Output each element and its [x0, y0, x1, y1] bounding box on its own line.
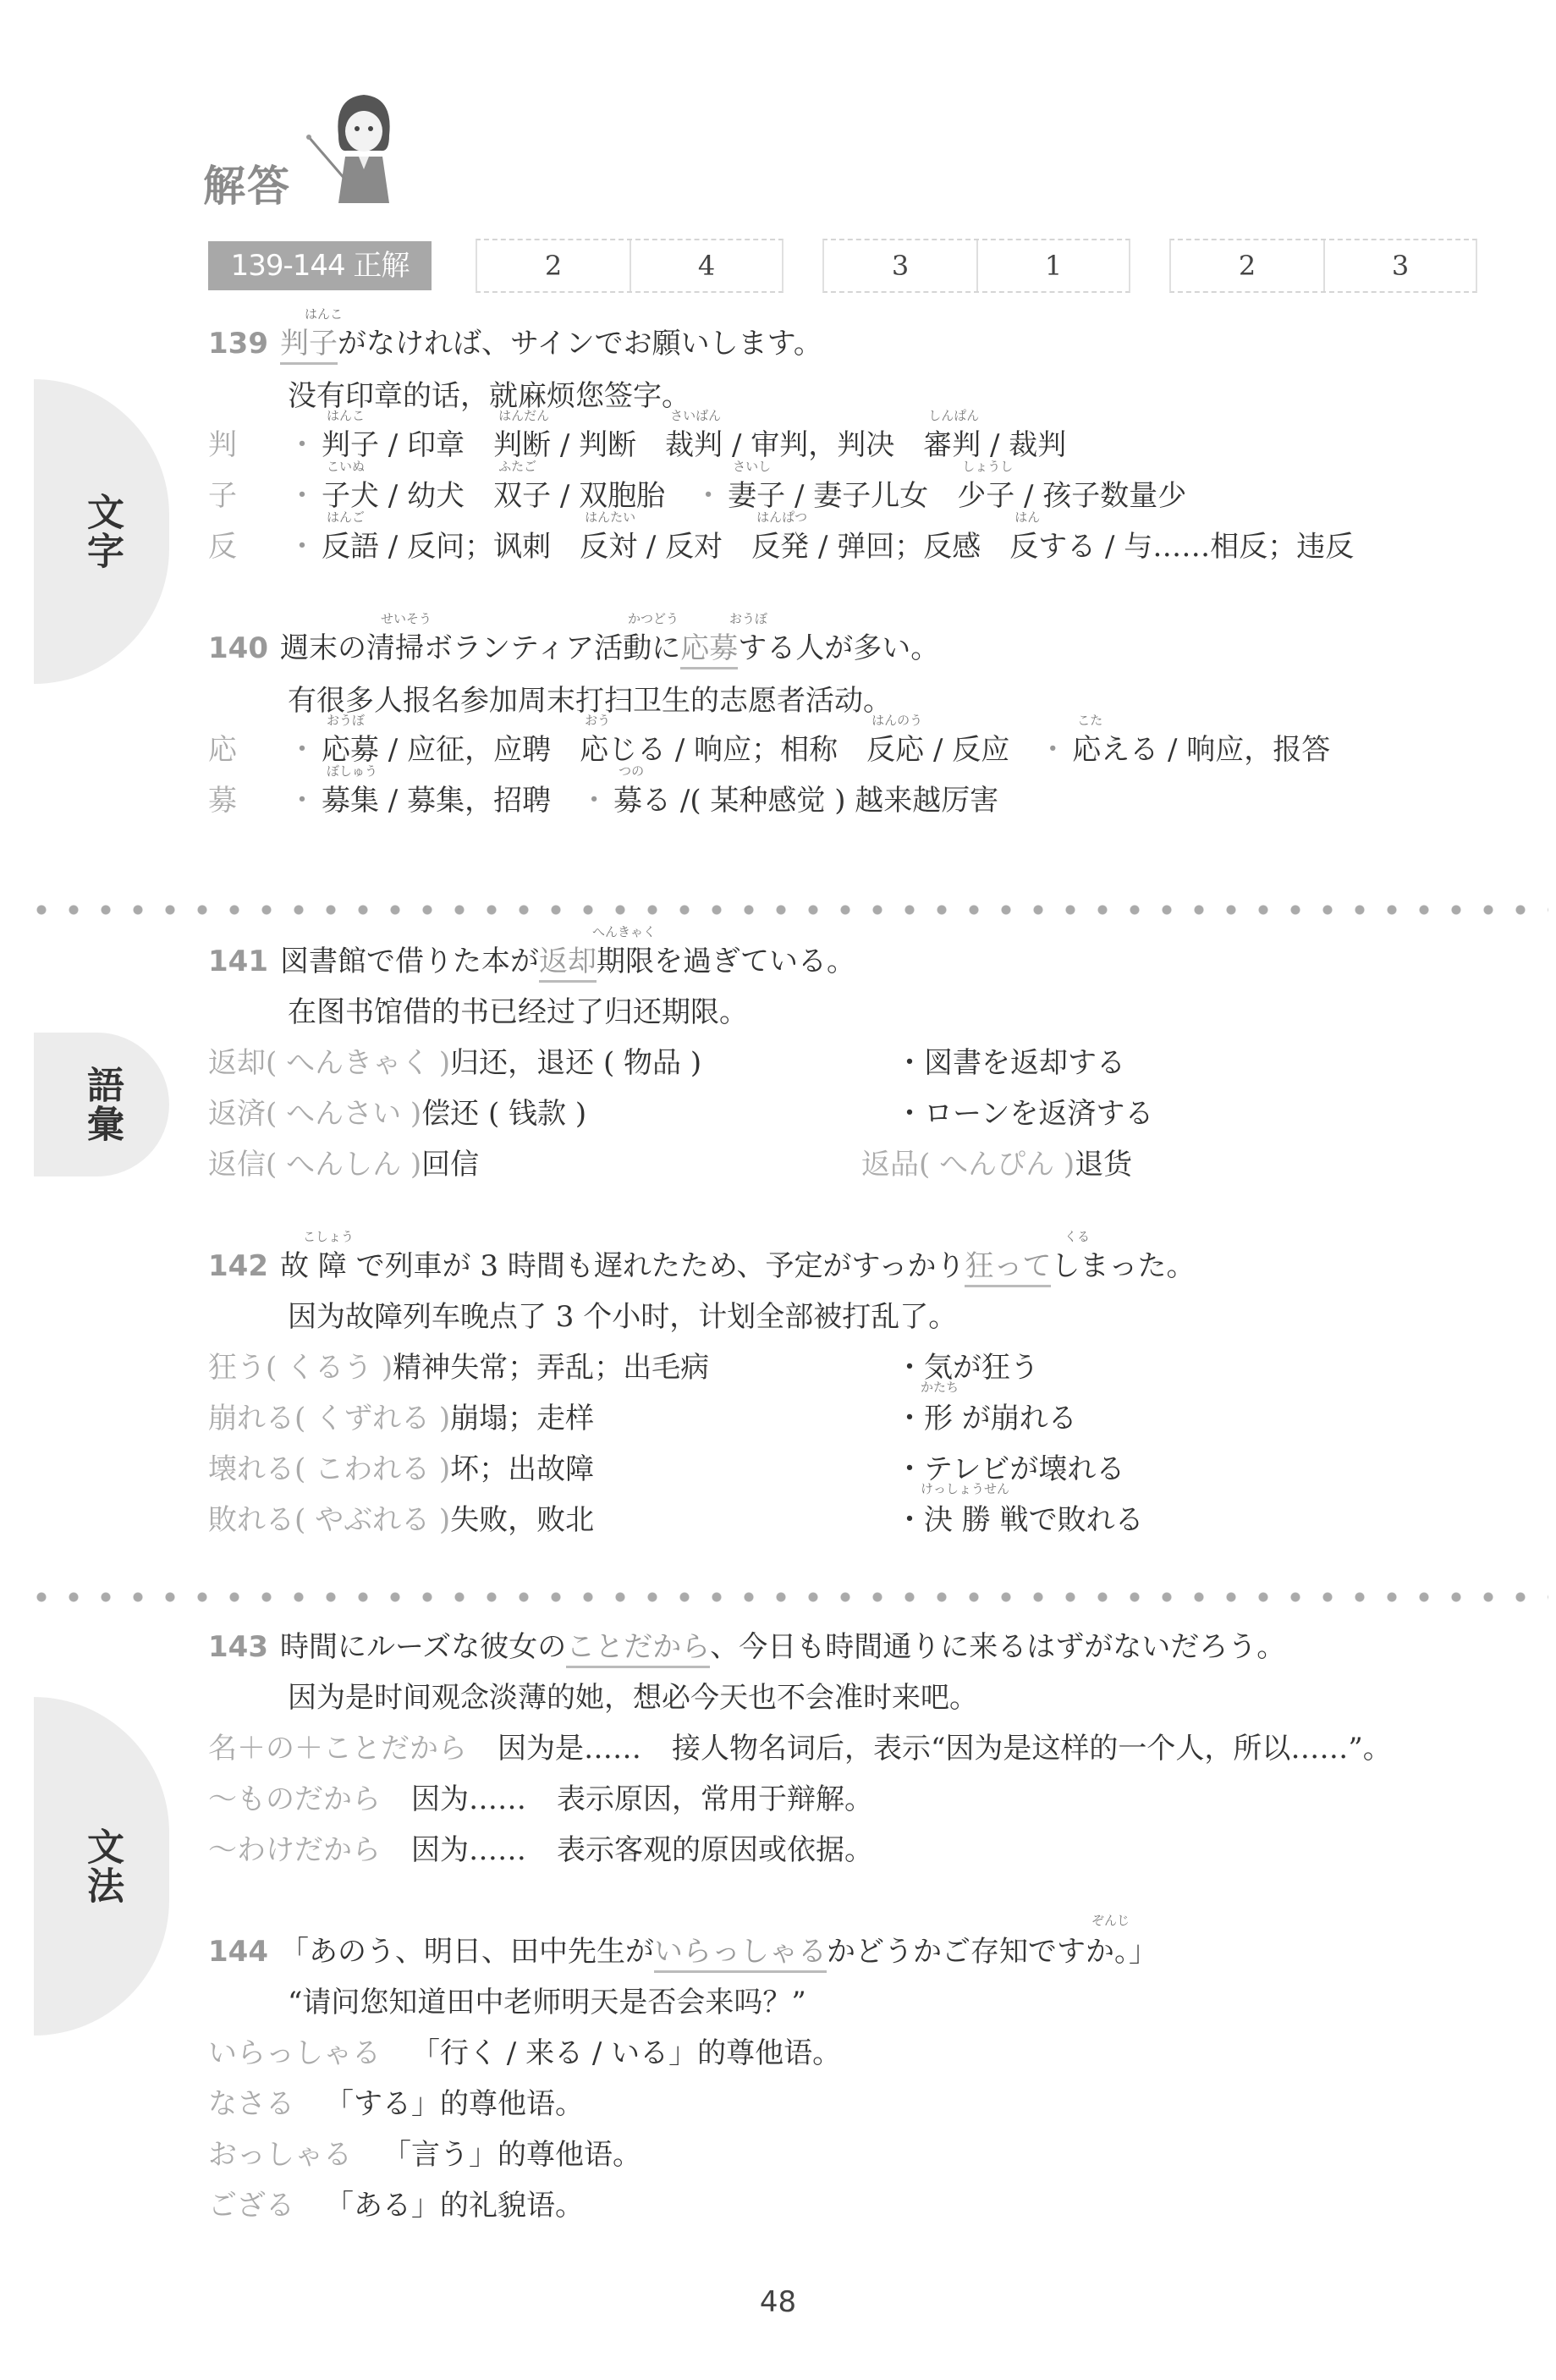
grammar-row: 名＋の＋ことだから因为是……接人物名词后，表示“因为是这样的一个人，所以……”。: [208, 1725, 1392, 1766]
grammar-note: 接人物名词后，表示“因为是这样的一个人，所以……”。: [672, 1725, 1392, 1766]
vocab-item: つの募る /( 某种感觉 ) 越来越厉害: [613, 777, 998, 818]
target-word: 返却: [539, 945, 597, 983]
question-number: 140: [208, 631, 268, 665]
bullet-icon: ・: [288, 523, 316, 565]
vocab-item: ふたご双子 / 双胞胎: [493, 472, 665, 514]
question-text: 期限を過ぎている。: [597, 945, 855, 978]
question-text: 週末の清掃ボランティア活動に: [280, 631, 680, 665]
furigana: かたち: [921, 1378, 959, 1396]
question-text: 、今日も時間通りに来るはずがないだろう。: [710, 1630, 1285, 1664]
bullet-icon: ・: [288, 726, 316, 768]
grammar-term: ～ものだから: [208, 1776, 381, 1817]
vocab-meaning: 崩塌；走样: [450, 1395, 594, 1436]
question-text: 故 障 で列車が 3 時間も遅れたため、予定がすっかり: [280, 1249, 965, 1283]
vocab-row: 返却 ( へんきゃく ) 归还，退还 ( 物品 ): [208, 1039, 701, 1081]
vocab-row: 壊れる( こわれる )坏；出故障: [208, 1446, 594, 1487]
grammar-note: 表示原因，常用于辩解。: [557, 1776, 873, 1817]
question-number: 144: [208, 1935, 268, 1969]
vocab-item: しょうし少子 / 孩子数量少: [957, 472, 1186, 514]
page-number: 48: [0, 2285, 1556, 2319]
answer-142: 1: [976, 240, 1129, 291]
grammar-row: なさる「する」的尊他语。: [208, 2080, 584, 2122]
bullet-icon: ・: [1038, 726, 1067, 768]
question-text: する人が多い。: [738, 631, 939, 665]
grammar-note: 「行く / 来る / いる」的尊他语。: [411, 2030, 841, 2071]
target-word: 狂って: [965, 1249, 1051, 1287]
vocab-reading: ( やぶれる ): [294, 1496, 450, 1538]
answer-143: 2: [1171, 240, 1323, 291]
vocab-term: 返信: [208, 1141, 266, 1182]
vocab-meaning: 回信: [421, 1141, 479, 1182]
vocab-item: はんご反語 / 反问；讽刺: [322, 523, 551, 565]
answer-139: 2: [477, 240, 630, 291]
question-text: 図書館で借りた本が: [280, 945, 539, 978]
answer-141: 3: [824, 240, 976, 291]
vocab-meaning: 归还，退还 ( 物品 ): [450, 1039, 701, 1081]
vocab-reading: ( へんさい ): [266, 1090, 421, 1132]
kanji-row-o: 応 ・ おうぼ応募 / 应征，应聘 おう応じる / 响应；相称 はんのう反応 /…: [208, 726, 1359, 768]
bullet-icon: ・: [288, 777, 316, 818]
translation-142: 因为故障列车晚点了 3 个小时，计划全部被打乱了。: [288, 1293, 957, 1335]
vocab-row: 返信 ( へんしん ) 回信: [208, 1141, 479, 1182]
vocab-meaning: 失败，败北: [450, 1496, 594, 1538]
kanji-row-bo: 募 ・ ぼしゅう募集 / 募集，招聘 ・ つの募る /( 某种感觉 ) 越来越厉…: [208, 777, 1027, 818]
vocab-row: 崩れる( くずれる )崩塌；走样: [208, 1395, 594, 1436]
vocab-item: こた応える / 响应，报答: [1072, 726, 1330, 768]
side-tab-goi[interactable]: 語彙: [34, 1033, 169, 1176]
question-144: 144「あのう、明日、田中先生がいらっしゃるかどうかご存知ですか。」: [208, 1928, 1157, 1970]
vocab-term: 崩れる: [208, 1395, 294, 1436]
grammar-term: いらっしゃる: [208, 2030, 381, 2071]
grammar-note: 表示客观的原因或依据。: [557, 1826, 873, 1868]
grammar-note: 「言う」的尊他语。: [382, 2131, 641, 2173]
target-word: 応募: [680, 631, 738, 669]
grammar-term: なさる: [208, 2080, 294, 2122]
vocab-item: はん反する / 与……相反；违反: [1009, 523, 1354, 565]
grammar-row: ござる「ある」的礼貌语。: [208, 2182, 584, 2223]
vocab-item: はんたい反対 / 反对: [580, 523, 723, 565]
vocab-example: ・決 勝 戦で敗れる: [895, 1496, 1144, 1538]
question-number: 143: [208, 1630, 268, 1664]
vocab-reading: ( へんしん ): [266, 1141, 421, 1182]
question-142: 142故 障 で列車が 3 時間も遅れたため、予定がすっかり狂ってしまった。: [208, 1242, 1195, 1284]
grammar-meaning: 因为……: [411, 1776, 526, 1817]
target-word: ことだから: [566, 1630, 710, 1668]
vocab-example: ・形 が崩れる: [895, 1395, 1077, 1436]
target-word: いらっしゃる: [654, 1935, 827, 1973]
vocab-example: ・図書を返却する: [895, 1039, 1125, 1081]
answer-group-139-140: 2 4: [476, 239, 783, 293]
grammar-row: おっしゃる「言う」的尊他语。: [208, 2131, 641, 2173]
vocab-item: はんのう反応 / 反应: [866, 726, 1009, 768]
furigana: けっしょうせん: [921, 1479, 1009, 1497]
vocab-item: はんぱつ反発 / 弹回；反感: [751, 523, 981, 565]
vocab-meaning: 坏；出故障: [450, 1446, 594, 1487]
vocab-meaning: 退货: [1075, 1148, 1132, 1182]
question-text: 「あのう、明日、田中先生が: [280, 1935, 654, 1969]
question-number: 139: [208, 327, 268, 361]
vocab-row: 返済 ( へんさい ) 偿还 ( 钱款 ): [208, 1090, 586, 1132]
vocab-meaning: 偿还 ( 钱款 ): [421, 1090, 586, 1132]
vocab-row: 敗れる( やぶれる )失败，败北: [208, 1496, 594, 1538]
vocab-row: 狂う( くるう )精神失常；弄乱；出毛病: [208, 1344, 709, 1386]
side-tab-label: 文字: [74, 493, 129, 570]
furigana: ぞんじ: [1091, 1911, 1130, 1929]
side-tab-label: 文法: [74, 1827, 129, 1905]
teacher-mascot-icon: [305, 85, 415, 212]
question-text: かどうかご: [827, 1935, 970, 1969]
vocab-term: 返済: [208, 1090, 266, 1132]
question-text: 存知ですか。」: [970, 1935, 1157, 1969]
section-divider: [25, 904, 1548, 916]
grammar-note: 「する」的尊他语。: [325, 2080, 584, 2122]
bullet-icon: ・: [288, 421, 316, 463]
question-143: 143時間にルーズな彼女のことだから、今日も時間通りに来るはずがないだろう。: [208, 1623, 1285, 1665]
question-140: 140週末の清掃ボランティア活動に応募する人が多い。: [208, 625, 939, 666]
kanji-label: 応: [208, 726, 288, 768]
vocab-term: 狂う: [208, 1344, 266, 1386]
kanji-label: 判: [208, 421, 288, 463]
grammar-row: ～ものだから因为……表示原因，常用于辩解。: [208, 1776, 873, 1817]
vocab-reading: ( へんぴん ): [919, 1148, 1075, 1182]
translation-144: “请问您知道田中老师明天是否会来吗？”: [288, 1979, 806, 2020]
bullet-icon: ・: [580, 777, 608, 818]
vocab-example: ・ローンを返済する: [895, 1090, 1153, 1132]
question-text: しまった。: [1051, 1249, 1195, 1283]
side-tab-label: 語彙: [74, 1066, 129, 1143]
question-number: 141: [208, 945, 268, 978]
grammar-term: 名＋の＋ことだから: [208, 1725, 467, 1766]
vocab-term: 敗れる: [208, 1496, 294, 1538]
grammar-term: ～わけだから: [208, 1826, 381, 1868]
side-tab-bunpo[interactable]: 文法: [34, 1697, 169, 2036]
vocab-reading: ( へんきゃく ): [266, 1039, 450, 1081]
question-139: 139判子がなければ、サインでお願いします。: [208, 320, 822, 361]
vocab-term: 返品: [861, 1148, 919, 1182]
grammar-note: 「ある」的礼貌语。: [325, 2182, 584, 2223]
vocab-term: 返却: [208, 1039, 266, 1081]
target-word: 判子: [280, 327, 338, 365]
grammar-term: ござる: [208, 2182, 294, 2223]
vocab-reading: ( くるう ): [266, 1344, 393, 1386]
bullet-icon: ・: [288, 472, 316, 514]
vocab-extra: 返品( へんぴん )退货: [861, 1141, 1132, 1182]
grammar-term: おっしゃる: [208, 2131, 352, 2173]
answer-group-141-142: 3 1: [822, 239, 1130, 293]
answer-group-143-144: 2 3: [1169, 239, 1477, 293]
section-divider: [25, 1591, 1548, 1603]
kanji-row-han-anti: 反 ・ はんご反語 / 反问；讽刺 はんたい反対 / 反对 はんぱつ反発 / 弹…: [208, 523, 1383, 565]
vocab-item: ぼしゅう募集 / 募集，招聘: [322, 777, 551, 818]
question-141: 141図書館で借りた本が返却期限を過ぎている。: [208, 938, 855, 979]
vocab-example: ・気が狂う: [895, 1344, 1039, 1386]
page-title: 解答: [203, 152, 291, 213]
vocab-meaning: 精神失常；弄乱；出毛病: [393, 1344, 709, 1386]
question-number: 142: [208, 1249, 268, 1283]
question-text: 時間にルーズな彼女の: [280, 1630, 566, 1664]
grammar-meaning: 因为……: [411, 1826, 526, 1868]
grammar-meaning: 因为是……: [498, 1725, 641, 1766]
vocab-reading: ( こわれる ): [294, 1446, 450, 1487]
question-text: がなければ、サインでお願いします。: [338, 327, 822, 361]
vocab-item: さいばん裁判 / 审判，判决: [665, 421, 894, 463]
translation-141: 在图书馆借的书已经过了归还期限。: [288, 989, 748, 1030]
translation-143: 因为是时间观念淡薄的她，想必今天也不会准时来吧。: [288, 1674, 978, 1716]
answer-range-label: 139-144 正解: [208, 241, 432, 290]
grammar-row: いらっしゃる「行く / 来る / いる」的尊他语。: [208, 2030, 841, 2071]
answer-140: 4: [630, 240, 782, 291]
vocab-reading: ( くずれる ): [294, 1395, 450, 1436]
kanji-label: 募: [208, 777, 288, 818]
kanji-label: 反: [208, 523, 288, 565]
answer-144: 3: [1323, 240, 1476, 291]
vocab-term: 壊れる: [208, 1446, 294, 1487]
grammar-row: ～わけだから因为……表示客观的原因或依据。: [208, 1826, 873, 1868]
side-tab-moji[interactable]: 文字: [34, 379, 169, 684]
bullet-icon: ・: [694, 472, 723, 514]
kanji-label: 子: [208, 472, 288, 514]
